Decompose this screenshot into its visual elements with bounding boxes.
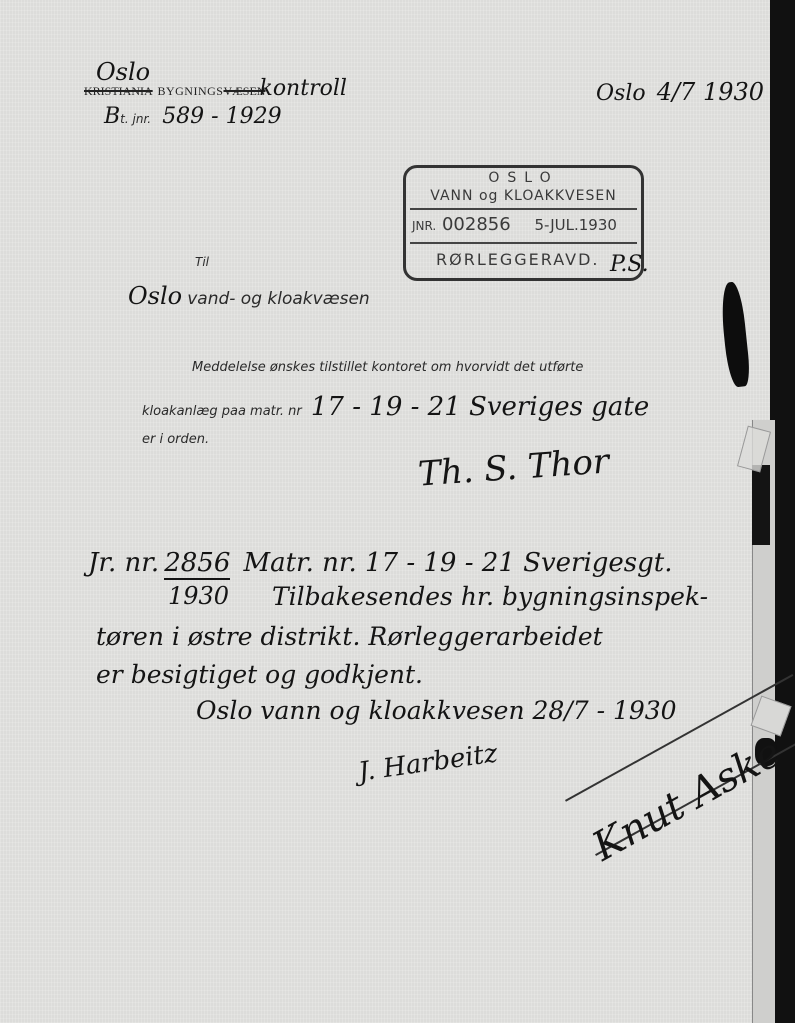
journal-prefix-hand: B xyxy=(104,104,120,129)
journal-number: 589 - 1929 xyxy=(162,104,281,129)
stamp-jnr-row: JNR. 002856 5-JUL.1930 xyxy=(406,214,641,235)
stamp-city: OSLO xyxy=(406,170,641,186)
body-line-2-hand: 17 - 19 - 21 Sveriges gate xyxy=(311,392,649,422)
letterhead-org-handwritten: kontroll xyxy=(259,76,346,101)
reply-jnr-number: 2856 xyxy=(164,548,230,580)
reply-line-3: tøren i østre distrikt. Rørleggerarbeide… xyxy=(96,622,603,651)
stamp-jnr-number: 002856 xyxy=(442,214,511,235)
journal-line: Bt. jnr. 589 - 1929 xyxy=(104,104,282,129)
stamp-date: 5-JUL.1930 xyxy=(534,216,617,234)
reply-line-2: Tilbakesendes hr. bygningsinspek- xyxy=(272,582,708,611)
addressee-name-hand: Oslo xyxy=(128,282,182,310)
addressee: Oslo vand- og kloakvæsen xyxy=(128,282,370,310)
reply-jnr-year: 1930 xyxy=(168,582,229,610)
received-stamp: OSLO VANN og KLOAKKVESEN JNR. 002856 5-J… xyxy=(403,165,644,281)
reply-jnr-label: Jr. nr. xyxy=(88,548,159,578)
reply-line-4: er besigtiget og godkjent. xyxy=(96,660,423,689)
stamp-section: RØRLEGGERAVD. xyxy=(406,250,641,269)
stamp-jnr-label: JNR. xyxy=(412,219,436,233)
stamp-initials: P.S. xyxy=(610,252,649,277)
reply-line-1-rest: Matr. nr. 17 - 19 - 21 Sverigesgt. xyxy=(243,548,672,578)
stamp-department: VANN og KLOAKKVESEN xyxy=(406,188,641,204)
date-value: 4/7 1930 xyxy=(657,78,764,106)
document-page xyxy=(0,0,770,1023)
letterhead-org-replacement: Oslo xyxy=(96,58,150,86)
body-line-2: kloakanlæg paa matr. nr 17 - 19 - 21 Sve… xyxy=(142,392,649,422)
addressee-til: Til xyxy=(195,255,209,269)
journal-label: t. jnr. xyxy=(120,112,151,126)
body-line-3: er i orden. xyxy=(142,432,209,447)
date-place: Oslo xyxy=(596,81,646,106)
date-line: Oslo 4/7 1930 xyxy=(596,78,764,106)
body-line-2-printed: kloakanlæg paa matr. nr xyxy=(142,404,302,419)
addressee-name-printed: vand- og kloakvæsen xyxy=(187,289,369,309)
reply-line-5: Oslo vann og kloakkvesen 28/7 - 1930 xyxy=(196,696,677,725)
reply-line-1: Jr. nr. 2856 Matr. nr. 17 - 19 - 21 Sver… xyxy=(88,548,673,578)
body-line-1: Meddelelse ønskes tilstillet kontoret om… xyxy=(192,360,583,375)
ink-blot xyxy=(752,465,770,545)
letterhead-org-struck: KRISTIANIA xyxy=(84,84,153,98)
letterhead-org-printed: BYGNINGS xyxy=(157,84,223,98)
